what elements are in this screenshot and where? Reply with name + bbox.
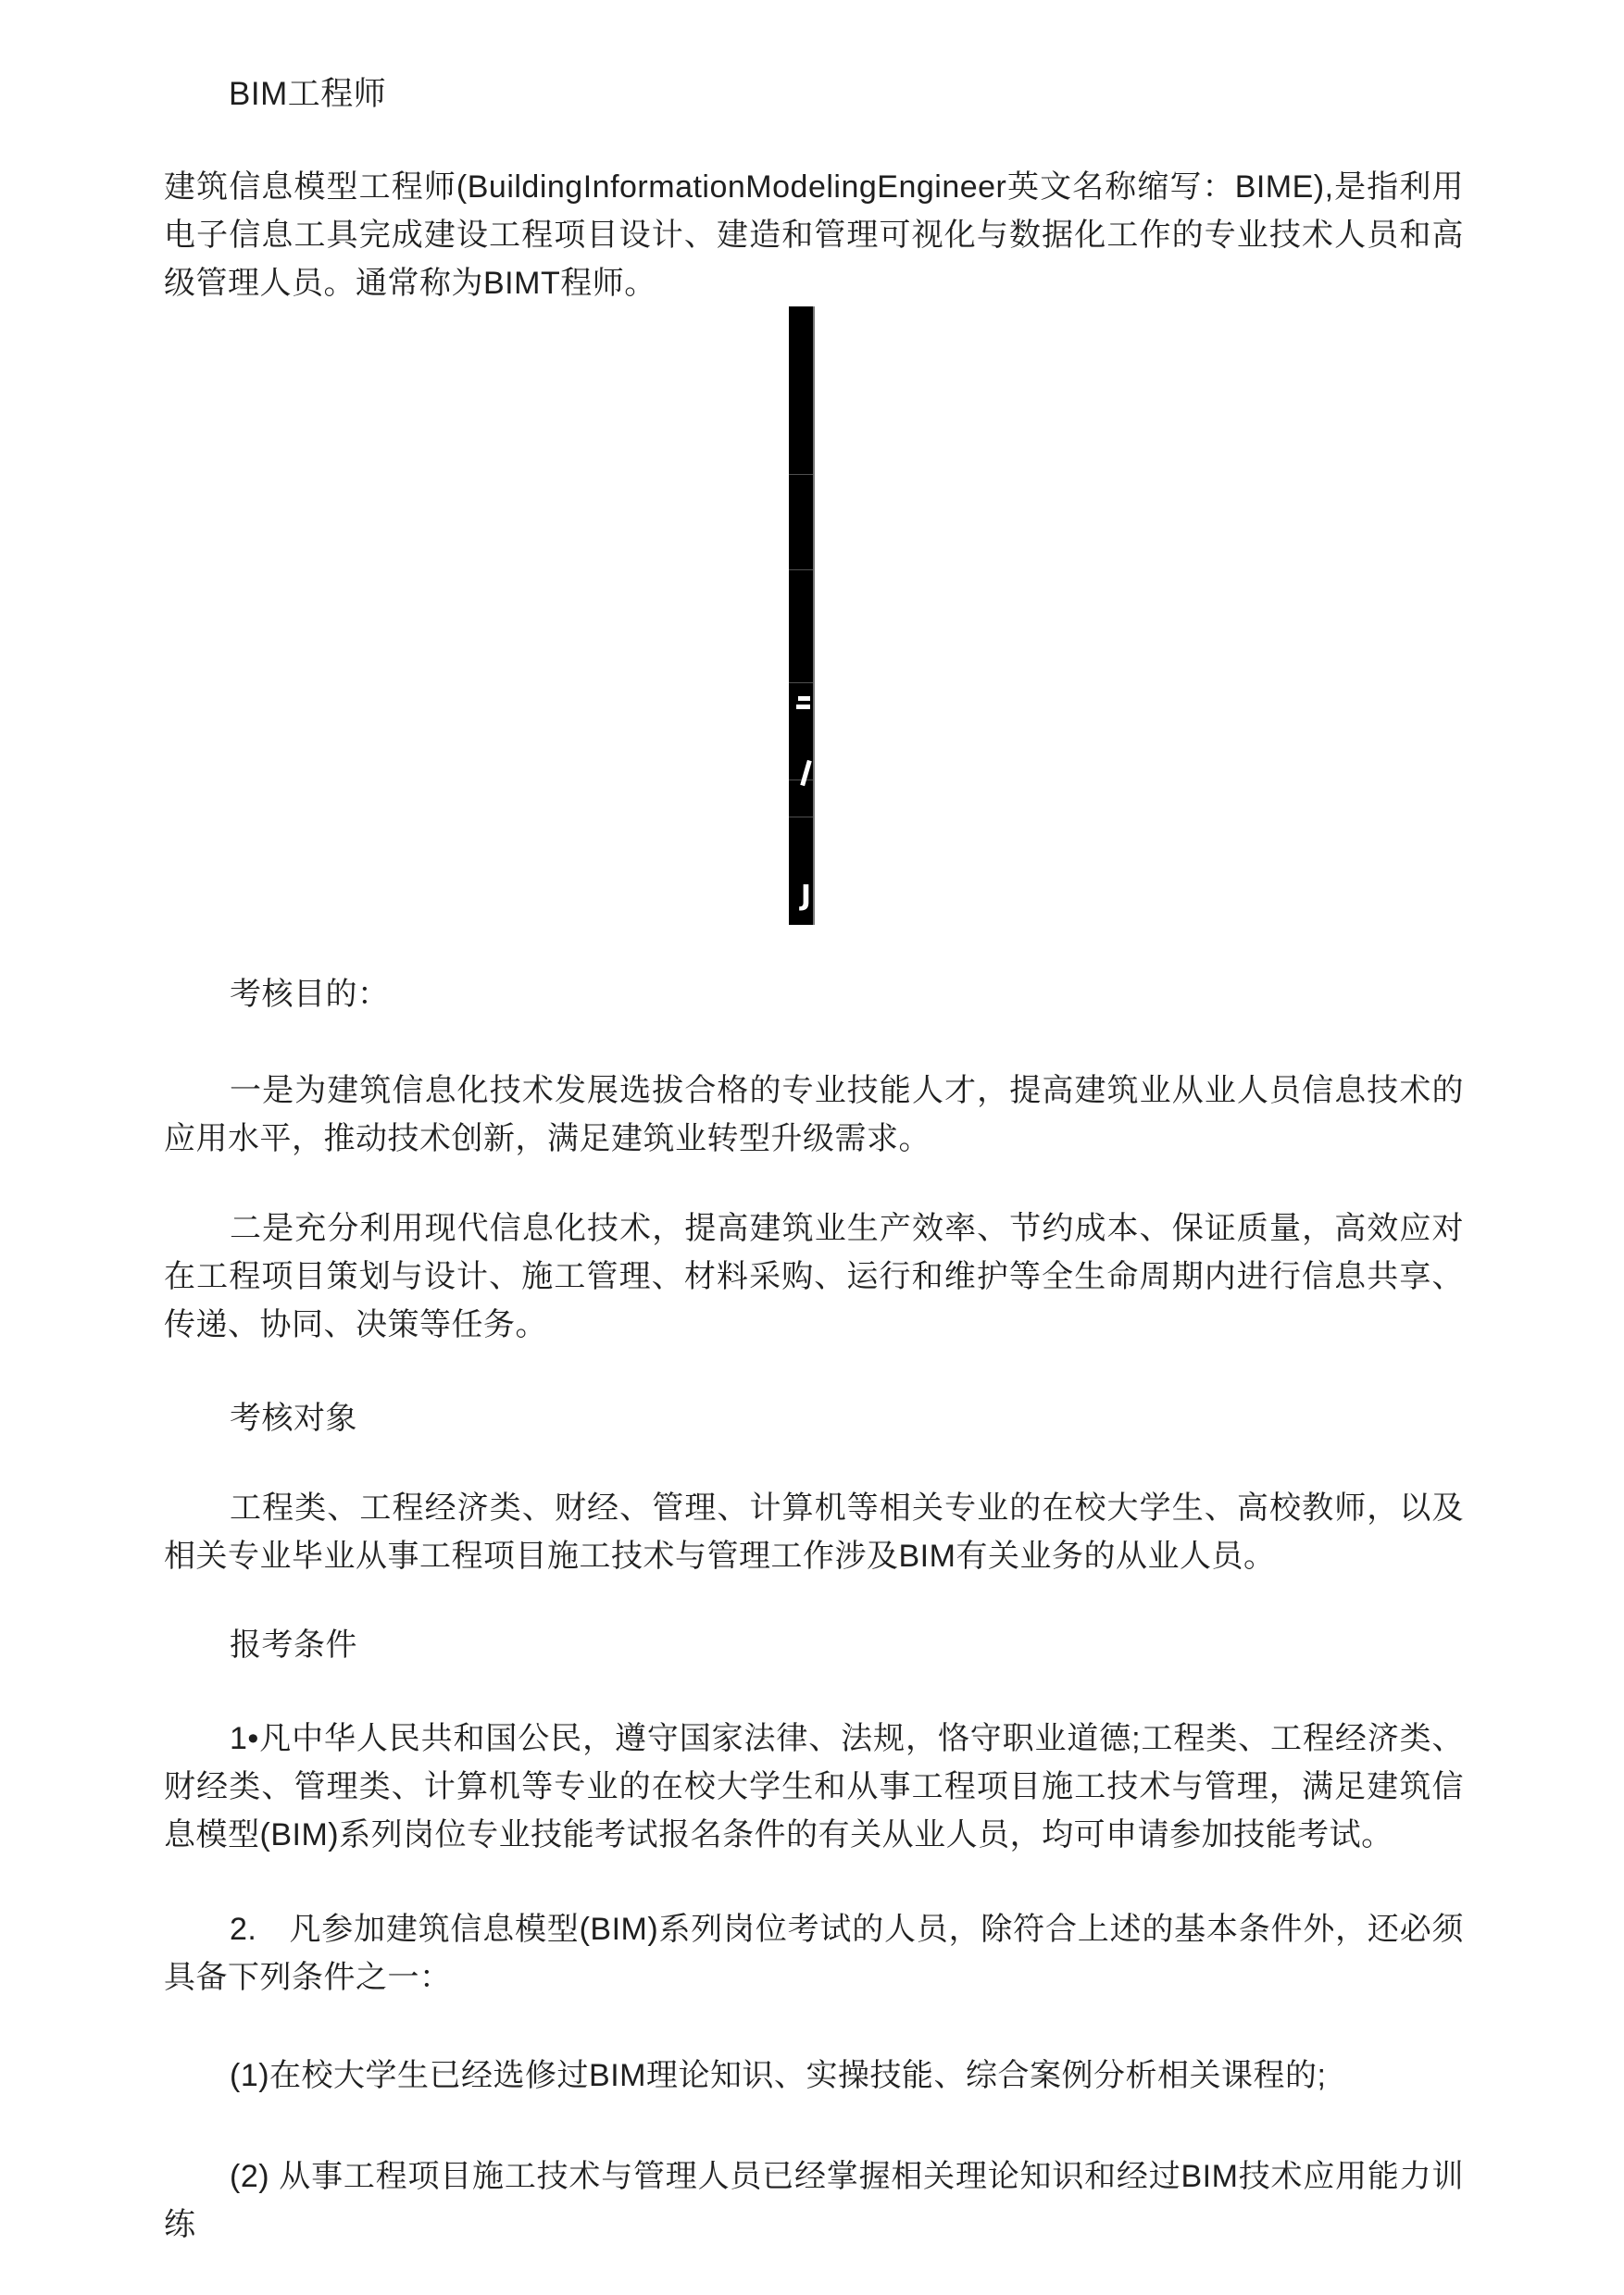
section-heading-requirements: 报考条件 — [164, 1621, 1464, 1669]
section-heading-audience: 考核对象 — [164, 1394, 1464, 1442]
audience-paragraph: 工程类、工程经济类、财经、管理、计算机等相关专业的在校大学生、高校教师，以及相关… — [164, 1484, 1464, 1580]
requirement-paragraph-2: 2. 凡参加建筑信息模型(BIM)系列岗位考试的人员，除符合上述的基本条件外，还… — [164, 1905, 1464, 2002]
image-strip-seam — [789, 682, 813, 683]
image-fragment-bars — [798, 696, 810, 701]
condition-paragraph-1: (1)在校大学生已经选修过BIM理论知识、实操技能、综合案例分析相关课程的; — [164, 2052, 1464, 2100]
section-heading-purpose: 考核目的： — [164, 970, 1464, 1018]
purpose-paragraph-2: 二是充分利用现代信息化技术，提高建筑业生产效率、节约成本、保证质量，高效应对在工… — [164, 1204, 1464, 1349]
image-strip-seam — [789, 474, 813, 475]
image-strip-seam — [789, 817, 813, 817]
purpose-paragraph-1: 一是为建筑信息化技术发展选拔合格的专业技能人才，提高建筑业从业人员信息技术的应用… — [164, 1066, 1464, 1163]
embedded-image-strip: J — [789, 306, 815, 925]
condition-paragraph-2: (2) 从事工程项目施工技术与管理人员已经掌握相关理论知识和经过BIM技术应用能… — [164, 2152, 1464, 2249]
image-fragment-j: J — [801, 880, 811, 912]
page-title: BIM工程师 — [229, 74, 386, 115]
document-page: BIM工程师 建筑信息模型工程师(BuildingInformationMode… — [0, 0, 1624, 2295]
requirement-paragraph-1: 1•凡中华人民共和国公民，遵守国家法律、法规，恪守职业道德;工程类、工程经济类、… — [164, 1715, 1464, 1859]
image-fragment-slash — [800, 760, 812, 786]
image-strip-seam — [789, 569, 813, 570]
intro-paragraph: 建筑信息模型工程师(BuildingInformationModelingEng… — [164, 163, 1464, 307]
